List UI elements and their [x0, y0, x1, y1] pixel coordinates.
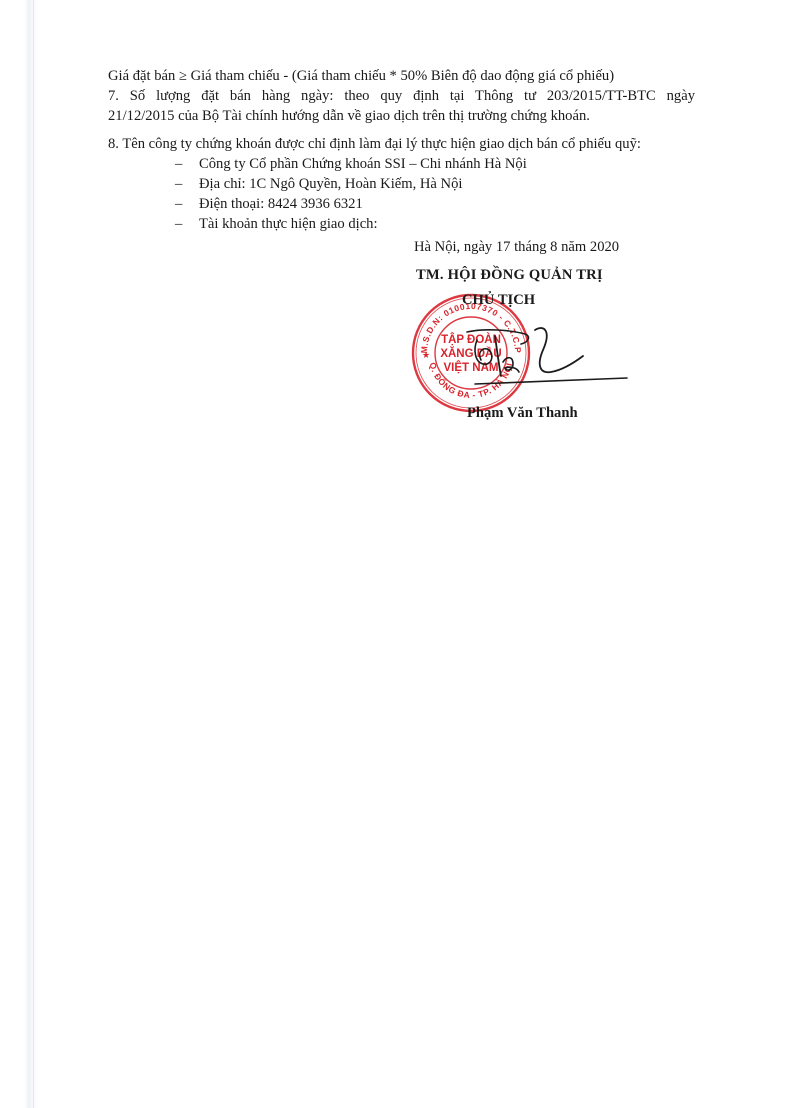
- item-8-heading: 8. Tên công ty chứng khoán được chỉ định…: [108, 134, 695, 154]
- item-7-line-2: 21/12/2015 của Bộ Tài chính hướng dẫn về…: [108, 106, 695, 126]
- dash-bullet: –: [175, 174, 182, 194]
- document-body: Giá đặt bán ≥ Giá tham chiếu - (Giá tham…: [108, 66, 695, 234]
- broker-details-list: –Công ty Cổ phần Chứng khoán SSI – Chi n…: [108, 154, 695, 234]
- list-item: –Điện thoại: 8424 3936 6321: [108, 194, 695, 214]
- dash-bullet: –: [175, 154, 182, 174]
- broker-company: Công ty Cổ phần Chứng khoán SSI – Chi nh…: [199, 156, 527, 172]
- scan-edge-line: [33, 0, 34, 1108]
- dash-bullet: –: [175, 194, 182, 214]
- list-item: –Công ty Cổ phần Chứng khoán SSI – Chi n…: [108, 154, 695, 174]
- dash-bullet: –: [175, 214, 182, 234]
- handwritten-signature: [455, 322, 630, 394]
- on-behalf-of-board: TM. HỘI ĐỒNG QUẢN TRỊ: [400, 265, 660, 285]
- signer-title: CHỦ TỊCH: [462, 290, 535, 310]
- broker-address: Địa chỉ: 1C Ngô Quyền, Hoàn Kiếm, Hà Nội: [199, 176, 462, 192]
- signature-block: Hà Nội, ngày 17 tháng 8 năm 2020 TM. HỘI…: [400, 237, 660, 285]
- trading-account: Tài khoản thực hiện giao dịch:: [199, 216, 378, 232]
- signer-name: Phạm Văn Thanh: [467, 403, 578, 423]
- place-date: Hà Nội, ngày 17 tháng 8 năm 2020: [400, 237, 660, 257]
- list-item: –Tài khoản thực hiện giao dịch:: [108, 214, 695, 234]
- price-formula-line: Giá đặt bán ≥ Giá tham chiếu - (Giá tham…: [108, 66, 695, 86]
- seal-star-icon: ★: [422, 350, 430, 360]
- broker-phone: Điện thoại: 8424 3936 6321: [199, 196, 363, 212]
- list-item: –Địa chỉ: 1C Ngô Quyền, Hoàn Kiếm, Hà Nộ…: [108, 174, 695, 194]
- item-7-line-1: 7. Số lượng đặt bán hàng ngày: theo quy …: [108, 86, 695, 106]
- scan-edge-shadow: [24, 0, 38, 1108]
